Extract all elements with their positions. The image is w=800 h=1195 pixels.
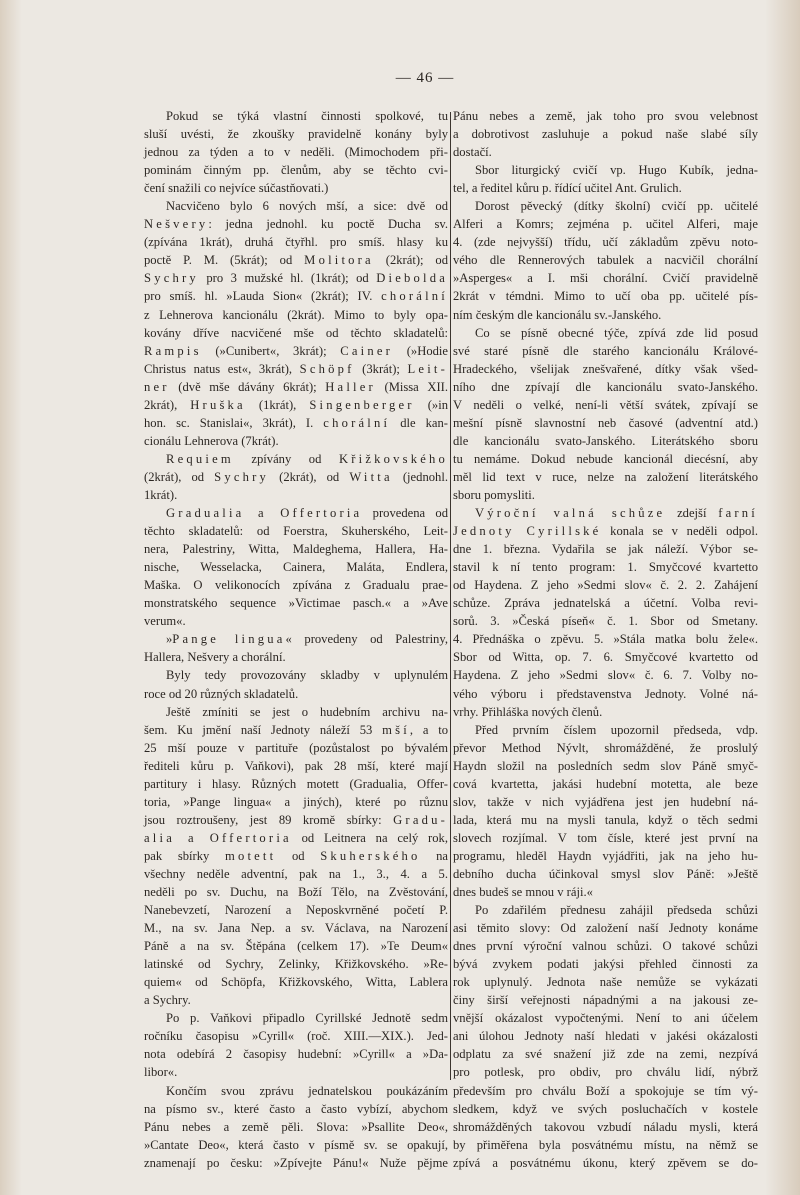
left-column: Pokud se týká vlastní činnosti spolkové,…: [144, 107, 448, 1172]
text-line: na písmo sv., které často a často vybízí…: [144, 1100, 448, 1118]
text-line: debního ducha účinkoval smysl slov Páně:…: [453, 865, 758, 883]
paragraph: Nacvičeno bylo 6 nových mší, a sice: dvě…: [144, 197, 448, 450]
text-line: nera, Palestriny, Witta, Maldeghema, Hal…: [144, 540, 448, 558]
text-line: »Asperges« a I. mši chorální. Cvičí prav…: [453, 269, 758, 287]
page-number: — 46 —: [0, 70, 800, 87]
text-line: Po zdařilém přednesu zahájil předseda sc…: [453, 901, 758, 919]
spaced-emphasis: Schöpf: [300, 362, 355, 376]
text-line: Nacvičeno bylo 6 nových mší, a sice: dvě…: [144, 197, 448, 215]
text-line: Výroční valná schůze zdejší farní: [453, 504, 758, 522]
text-line: 4. Přednáška o zpěvu. 5. »Stála matka bo…: [453, 630, 758, 648]
text-line: dostačí.: [453, 143, 758, 161]
text-line: (zpívána 1krát), druhá čtyřhl. pro smíš.…: [144, 233, 448, 251]
spaced-emphasis: Leit-: [408, 362, 448, 376]
text-line: kovány dříve nacvičené mše od těchto skl…: [144, 324, 448, 342]
text-line: libor«.: [144, 1063, 448, 1081]
text-line: Pánu nebes a země pěli. Slova: »Psallite…: [144, 1118, 448, 1136]
text-line: vnější okázalost vypočtenými. Není to an…: [453, 1009, 758, 1027]
text-line: cová kvartetta, jakási hudební motetta, …: [453, 775, 758, 793]
text-line: těchto skladatelů: od Foerstra, Skuhersk…: [144, 522, 448, 540]
text-line: by přiměřena byla posvátnému místu, na n…: [453, 1136, 758, 1154]
text-line: slov, takže v nich vyjádřena jest jen hu…: [453, 793, 758, 811]
text-line: Pánu nebes a země, jak toho pro svou vel…: [453, 107, 758, 125]
text-line: ani úlohou Jednoty naší hledati v jakési…: [453, 1027, 758, 1045]
paragraph: Dorost pěvecký (dítky školní) cvičí pp. …: [453, 197, 758, 323]
text-line: Sbor liturgický cvičí vp. Hugo Kubík, je…: [453, 161, 758, 179]
text-line: od Haydena. Z jeho »Sedmi slov« č. 2. 2.…: [453, 576, 758, 594]
text-line: sledkem, když ve svých posluchačích v ko…: [453, 1100, 758, 1118]
text-line: programu, hleděl Haydn vyjádřiti, jak na…: [453, 847, 758, 865]
text-line: své staré písně dle starého kancionálu K…: [453, 342, 758, 360]
text-line: ního dne zpívají dle kancionálu svato-Ja…: [453, 378, 758, 396]
paragraph: Byly tedy provozovány skladby v uplynulé…: [144, 666, 448, 702]
text-line: Nanebevzetí, Narození a Neposkvrněné poč…: [144, 901, 448, 919]
text-line: »Cantate Deo«, která často v písmě sv. s…: [144, 1136, 448, 1154]
text-line: řediteli kůru p. Vaňkovi), pak 28 mší, k…: [144, 757, 448, 775]
paragraph: Co se písně obecné týče, zpívá zde lid p…: [453, 324, 758, 504]
text-line: Byly tedy provozovány skladby v uplynulé…: [144, 666, 448, 684]
text-line: nische, Wesselacka, Cainera, Maláta, End…: [144, 558, 448, 576]
text-line: Haydn složil na posledních sedm slov Pán…: [453, 757, 758, 775]
spaced-emphasis: Sychry: [214, 470, 269, 484]
text-line: poctě P. M. (5krát); od Molitora (2krát)…: [144, 251, 448, 269]
text-line: a Sychry.: [144, 991, 448, 1009]
spaced-emphasis: Singenberger: [309, 398, 414, 412]
text-line: verum«.: [144, 612, 448, 630]
paragraph: Ještě zmíniti se jest o hudebním archivu…: [144, 703, 448, 1010]
text-line: Haydena. Z jeho »Sedmi slov« č. 6. 7. Vo…: [453, 666, 758, 684]
text-line: nota odebírá 2 časopisy hudební: »Cyrill…: [144, 1045, 448, 1063]
spaced-emphasis: Gradu-: [393, 813, 448, 827]
text-line: toria, »Pange lingua« a jiných), které p…: [144, 793, 448, 811]
text-line: pak sbírky motett od Skuherského na: [144, 847, 448, 865]
text-line: roce od 20 různých skladatelů.: [144, 685, 448, 703]
text-line: neděli po sv. Duchu, na Boží Tělo, na Zv…: [144, 883, 448, 901]
text-line: všechny neděle adventní, pak na 1., 3., …: [144, 865, 448, 883]
paragraph: Requiem zpívány od Křižkovského(2krát), …: [144, 450, 448, 504]
text-line: monstratského sequence »Victimae pasch.«…: [144, 594, 448, 612]
text-line: jednou za týden a to v neděli. (Mimochod…: [144, 143, 448, 161]
spaced-emphasis: Requiem: [166, 452, 234, 466]
text-line: stavil k ní tento program: 1. Smyčcové k…: [453, 558, 758, 576]
text-line: slovech rozjímal. V tom čísle, které jes…: [453, 829, 758, 847]
text-line: Rampis (»Cunibert«, 3krát); Cainer (»Hod…: [144, 342, 448, 360]
text-line: rok uplynulý. Jednota naše nemůže se vyk…: [453, 973, 758, 991]
spaced-emphasis: alia a Offertoria: [144, 831, 292, 845]
paragraph: Před prvním číslem upozornil předseda, v…: [453, 721, 758, 901]
paragraph: »Pange lingua« provedeny od Palestriny,H…: [144, 630, 448, 666]
text-line: vého dle Rennerových tabulek a nacvičil …: [453, 251, 758, 269]
text-line: Alferi a Komrs; zejména p. učitel Alferi…: [453, 215, 758, 233]
text-line: mešní písně slavnostní neb časové (adven…: [453, 414, 758, 432]
spaced-emphasis: motett: [225, 849, 276, 863]
text-line: pro smíš. hl. »Lauda Sion« (2krát); IV. …: [144, 287, 448, 305]
text-line: především pro chválu Boží a spokojuje se…: [453, 1082, 758, 1100]
paragraph: Výroční valná schůze zdejší farníJednoty…: [453, 504, 758, 721]
text-line: jsou roztroušeny, jest 89 kromě sbírky: …: [144, 811, 448, 829]
text-line: převor Method Nývlt, shromážděné, že pro…: [453, 739, 758, 757]
text-line: Dorost pěvecký (dítky školní) cvičí pp. …: [453, 197, 758, 215]
text-line: V neděli o velké, není-li větší svátek, …: [453, 396, 758, 414]
text-line: 1krát).: [144, 486, 448, 504]
text-line: dle kancionálu svato-Janského. Literátsk…: [453, 432, 758, 450]
text-line: lada, která mu na mysli tanula, když o t…: [453, 811, 758, 829]
text-line: šem. Ku jmění naší Jednoty náleží 53 mší…: [144, 721, 448, 739]
text-line: sluší uvésti, že zkoušky pravidelně koná…: [144, 125, 448, 143]
text-line: asi těmito slovy: Od založení naší Jedno…: [453, 919, 758, 937]
scanned-page: — 46 — Pokud se týká vlastní činnosti sp…: [0, 0, 800, 1195]
text-line: Requiem zpívány od Křižkovského: [144, 450, 448, 468]
paragraph: Končím svou zprávu jednatelskou poukázán…: [144, 1082, 448, 1172]
spaced-emphasis: Sychry: [144, 271, 199, 285]
text-line: čení snažili co nejvíce súčastňovati.): [144, 179, 448, 197]
text-line: ročníku časopisu »Cyrill« (roč. XIII.—XI…: [144, 1027, 448, 1045]
text-line: sorů. 3. »Česká píseň« č. 1. Sbor od Sme…: [453, 612, 758, 630]
text-line: měl lid text v ruce, nelze na založení l…: [453, 468, 758, 486]
column-divider: [450, 112, 451, 1080]
text-line: sboru pomysliti.: [453, 486, 758, 504]
text-line: 25 mší pouze v partituře (pozůstalost po…: [144, 739, 448, 757]
text-line: Jednoty Cyrillské konala se v neděli odp…: [453, 522, 758, 540]
text-line: Po p. Vaňkovi připadlo Cyrillské Jednotě…: [144, 1009, 448, 1027]
paragraph: Gradualia a Offertoria provedena odtěcht…: [144, 504, 448, 630]
text-line: hon. sc. Stanislai«, 3krát), I. chorální…: [144, 414, 448, 432]
text-line: Sychry pro 3 mužské hl. (1krát); od Dieb…: [144, 269, 448, 287]
text-line: odplatu za své snažení již zde na zemi, …: [453, 1045, 758, 1063]
text-line: dne 1. března. Vydařila se jak náleží. V…: [453, 540, 758, 558]
spaced-emphasis: Rampis: [144, 344, 202, 358]
spaced-emphasis: Výroční valná schůze: [475, 506, 665, 520]
text-line: Končím svou zprávu jednatelskou poukázán…: [144, 1082, 448, 1100]
text-line: 4. (zde nejvyšší) třídu, učí základům zp…: [453, 233, 758, 251]
text-line: cionálu Lehnerova (7krát).: [144, 432, 448, 450]
paragraph: Pokud se týká vlastní činnosti spolkové,…: [144, 107, 448, 197]
text-line: alia a Offertoria od Leitnera na celý ro…: [144, 829, 448, 847]
paragraph: Po zdařilém přednesu zahájil předseda sc…: [453, 901, 758, 1172]
spaced-emphasis: Gradualia a Offertoria: [166, 506, 362, 520]
text-line: Maška. O velikonocích zpívána z Gradualu…: [144, 576, 448, 594]
spaced-emphasis: Pange lingua: [172, 632, 285, 646]
spaced-emphasis: Cainer: [340, 344, 393, 358]
paragraph: Po p. Vaňkovi připadlo Cyrillské Jednotě…: [144, 1009, 448, 1081]
text-line: z Lehnerova kancionálu (2krát). Mimo to …: [144, 306, 448, 324]
text-line: 2krát v témdni. Mimo to učí oba pp. učit…: [453, 287, 758, 305]
text-line: a dobrotivost zasluhuje a pokud naše sla…: [453, 125, 758, 143]
text-line: pro potlesk, pro obdiv, pro chválu lidí,…: [453, 1063, 758, 1081]
text-line: dnes první výroční valnou schůzi. O tako…: [453, 937, 758, 955]
text-line: Co se písně obecné týče, zpívá zde lid p…: [453, 324, 758, 342]
text-line: Ještě zmíniti se jest o hudebním archivu…: [144, 703, 448, 721]
spaced-emphasis: chorální: [323, 416, 390, 430]
spaced-emphasis: Witta: [349, 470, 392, 484]
paragraph: Sbor liturgický cvičí vp. Hugo Kubík, je…: [453, 161, 758, 197]
text-line: Pokud se týká vlastní činnosti spolkové,…: [144, 107, 448, 125]
text-line: partitury i hlasy. Různých motett (Gradu…: [144, 775, 448, 793]
spaced-emphasis: Molitora: [304, 253, 374, 267]
text-line: Hallera, Nešvery a chorální.: [144, 648, 448, 666]
right-column: Pánu nebes a země, jak toho pro svou vel…: [453, 107, 758, 1172]
spaced-emphasis: Skuherského: [320, 849, 420, 863]
text-line: zpívá a posvátnému úkonu, který zpěvem s…: [453, 1154, 758, 1172]
spaced-emphasis: Diebolda: [376, 271, 448, 285]
text-line: dnes budeš se mnou v ráji.«: [453, 883, 758, 901]
text-line: shromážděných takovou vzbudí náladu mysl…: [453, 1118, 758, 1136]
spaced-emphasis: farní: [718, 506, 758, 520]
text-line: Hradeckého, všelijak znešvařené, dítky v…: [453, 360, 758, 378]
text-line: pominám činným pp. členům, aby se těchto…: [144, 161, 448, 179]
spaced-emphasis: Haller: [325, 380, 376, 394]
text-line: tu nemáme. Dokud nebude kancionál diecés…: [453, 450, 758, 468]
text-line: vrhy. Přihláška nových členů.: [453, 703, 758, 721]
text-line: Nešvery: jedna jednohl. ku poctě Ducha s…: [144, 215, 448, 233]
paragraph: Pánu nebes a země, jak toho pro svou vel…: [453, 107, 758, 161]
spaced-emphasis: ner: [144, 380, 170, 394]
spaced-emphasis: Křižkovského: [339, 452, 448, 466]
text-line: Gradualia a Offertoria provedena od: [144, 504, 448, 522]
text-line: 2krát), Hruška (1krát), Singenberger (»i…: [144, 396, 448, 414]
text-line: tel, a ředitel kůru p. řídící učitel Ant…: [453, 179, 758, 197]
text-line: Před prvním číslem upozornil předseda, v…: [453, 721, 758, 739]
text-line: Christus natus est«, 3krát), Schöpf (3kr…: [144, 360, 448, 378]
text-line: vého výboru i představenstva Jednoty. Vo…: [453, 685, 758, 703]
text-line: činy širší veřejnosti nápadnými a na jak…: [453, 991, 758, 1009]
text-line: »Pange lingua« provedeny od Palestriny,: [144, 630, 448, 648]
text-line: Páně a na sv. Štěpána (celkem 17). »Te D…: [144, 937, 448, 955]
text-line: (2krát), od Sychry (2krát), od Witta (je…: [144, 468, 448, 486]
text-line: znamenají po česku: »Zpívejte Pánu!« Nuž…: [144, 1154, 448, 1172]
spaced-emphasis: Nešvery: [144, 217, 208, 231]
text-line: ner (dvě mše dávány 6krát); Haller (Miss…: [144, 378, 448, 396]
text-line: latinské od Sychry, Zelinky, Křižkovskéh…: [144, 955, 448, 973]
text-line: ním českým dle kancionálu sv.-Janského.: [453, 306, 758, 324]
text-line: M., na sv. Jana Nep. a sv. Václava, na N…: [144, 919, 448, 937]
text-line: quiem« od Schöpfa, Křižkovského, Witta, …: [144, 973, 448, 991]
spaced-emphasis: mší: [382, 723, 410, 737]
spaced-emphasis: Hruška: [190, 398, 246, 412]
spaced-emphasis: Jednoty Cyrillské: [453, 524, 601, 538]
spaced-emphasis: chorální: [381, 289, 448, 303]
text-line: bývá zvykem podati jakýsi přehled činnos…: [453, 955, 758, 973]
text-line: Sbor od Witta, op. 7. 6. Smyčcové kvarte…: [453, 648, 758, 666]
text-line: schůze. Zpráva jednatelská a účetní. Vol…: [453, 594, 758, 612]
